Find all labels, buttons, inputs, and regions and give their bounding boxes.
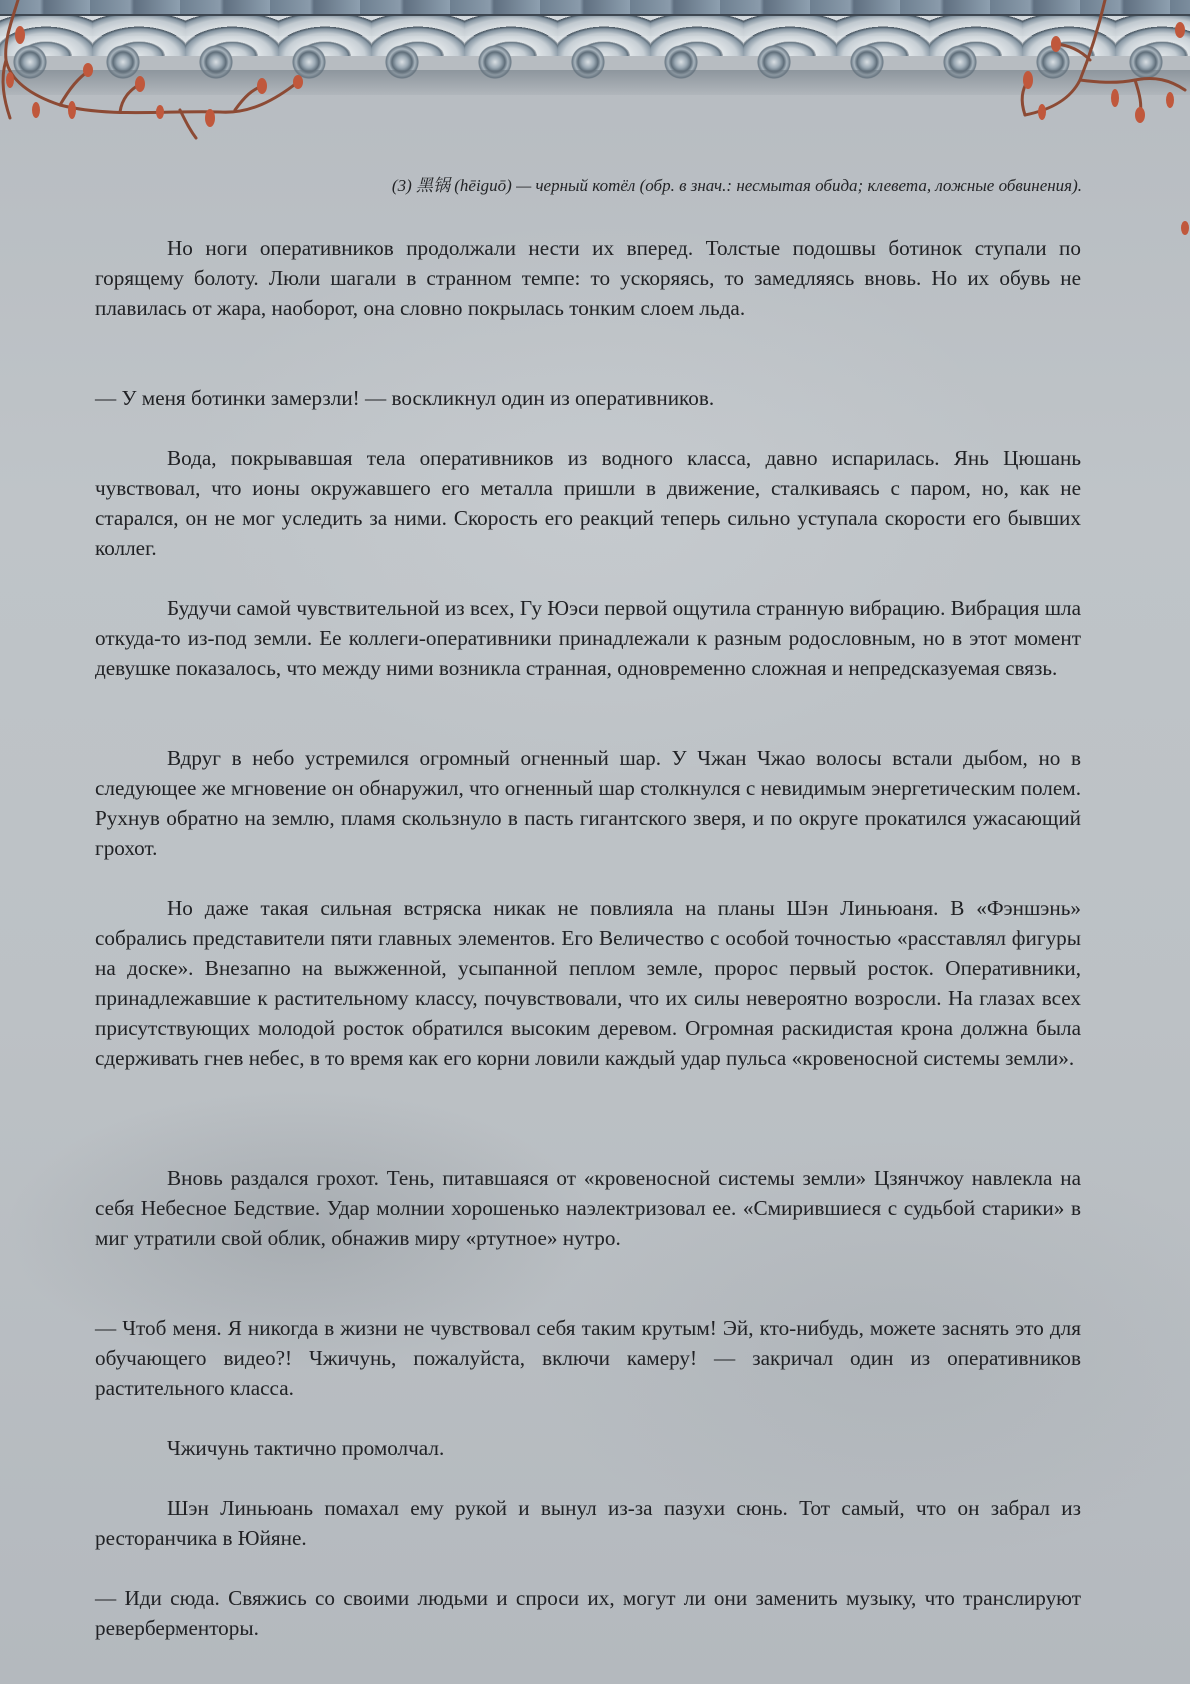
paragraph-11-dialogue: — Иди сюда. Свяжись со своими людьми и с… bbox=[95, 1583, 1081, 1643]
paragraph-4: Будучи самой чувствительной из всех, Гу … bbox=[95, 593, 1081, 683]
paragraph-10: Шэн Линьюань помахал ему рукой и вынул и… bbox=[95, 1493, 1081, 1553]
footnote: (3) 黑锅 (hēiguō) — черный котёл (обр. в з… bbox=[392, 175, 1082, 197]
roof-tiles-decoration bbox=[0, 0, 1190, 95]
paragraph-1: Но ноги оперативников продолжали нести и… bbox=[95, 233, 1081, 323]
paragraph-7: Вновь раздался грохот. Тень, питавшаяся … bbox=[95, 1163, 1081, 1253]
paragraph-6: Но даже такая сильная встряска никак не … bbox=[95, 893, 1081, 1073]
roof-shadow-fade bbox=[0, 70, 1190, 95]
paragraph-8-dialogue: — Чтоб меня. Я никогда в жизни не чувств… bbox=[95, 1313, 1081, 1403]
paragraph-5: Вдруг в небо устремился огромный огненны… bbox=[95, 743, 1081, 863]
paragraph-9: Чжичунь тактично промолчал. bbox=[95, 1433, 1081, 1463]
paragraph-3: Вода, покрывавшая тела оперативников из … bbox=[95, 443, 1081, 563]
paragraph-2-dialogue: — У меня ботинки замерзли! — воскликнул … bbox=[95, 383, 1081, 413]
